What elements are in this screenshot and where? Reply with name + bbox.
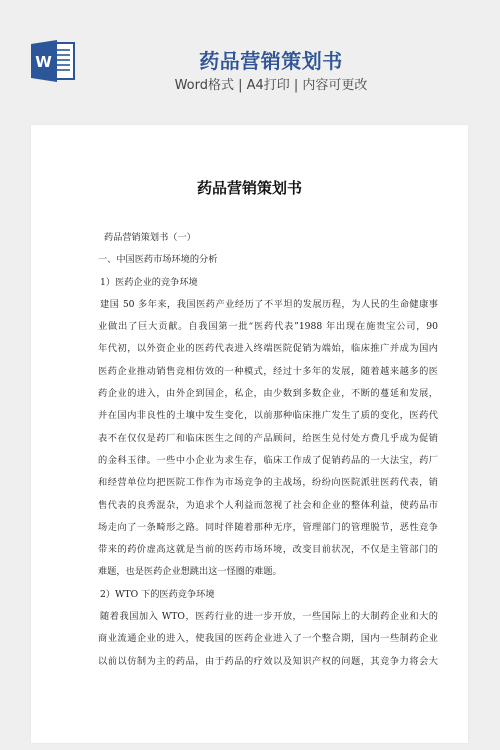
document-title: 药品营销策划书 [31, 177, 468, 198]
paragraph-line: 场走向了一条畸形之路。同时伴随着那种无序，管理部门的管理脱节，恶性竞争 [98, 517, 438, 539]
paragraph-line: 商业流通企业的进入，使我国的医药企业进入了一个整合期，国内一些制药企业 [98, 628, 438, 650]
paragraph-line: 药企业的进入，由外企到国企，私企，由少数到多数企业，不断的蔓延和发展， [98, 383, 438, 405]
section-heading: 一、中国医药市场环境的分析 [98, 249, 438, 271]
paragraph-line: 的金科玉律。一些中小企业为求生存，临床工作成了促销药品的一大法宝，药厂 [98, 450, 438, 472]
document-page: 药品营销策划书 药品营销策划书（一） 一、中国医药市场环境的分析 1）医药企业的… [31, 125, 468, 743]
paragraph-line: 以前以仿制为主的药品，由于药品的疗效以及知识产权的问题，其竞争力将会大 [98, 651, 438, 673]
document-body: 药品营销策划书（一） 一、中国医药市场环境的分析 1）医药企业的竞争环境 建国 … [98, 227, 438, 673]
subsection-heading: 2）WTO 下的医药竞争环境 [98, 584, 438, 606]
header-subtitle: Word格式 | A4打印 | 内容可更改 [0, 74, 500, 93]
subsection-heading: 1）医药企业的竞争环境 [98, 272, 438, 294]
paragraph-line: 并在国内非良性的土壤中发生变化，以前那种临床推广发生了质的变化，医药代 [98, 405, 438, 427]
paragraph-line: 随着我国加入 WTO，医药行业的进一步开放，一些国际上的大制药企业和大的 [98, 606, 438, 628]
paragraph-line: 和经营单位均把医院工作作为市场竞争的主战场，纷纷向医院派驻医药代表，销 [98, 472, 438, 494]
paragraph-line: 带来的药价虚高这就是当前的医药市场环境，改变目前状况，不仅是主管部门的 [98, 539, 438, 561]
paragraph-line: 建国 50 多年来，我国医药产业经历了不平坦的发展历程，为人民的生命健康事 [98, 294, 438, 316]
paragraph-line: 难题，也是医药企业想跳出这一怪圈的难题。 [98, 561, 438, 583]
doc-subtitle: 药品营销策划书（一） [98, 227, 438, 249]
paragraph-line: 医药企业推动销售竞相仿效的一种模式，经过十多年的发展，随着越来越多的医 [98, 361, 438, 383]
header-title: 药品营销策划书 [0, 45, 500, 74]
paragraph-line: 表不在仅仅是药厂和临床医生之间的产品顾问，给医生兑付处方费几乎成为促销 [98, 428, 438, 450]
paragraph-line: 售代表的良秀混杂，为追求个人利益而忽视了社会和企业的整体利益，使药品市 [98, 495, 438, 517]
paragraph-line: 年代初，以外资企业的医药代表进入终端医院促销为端始，临床推广并成为国内 [98, 338, 438, 360]
paragraph-line: 业做出了巨大贡献。自我国第一批“医药代表”1988 年出现在施贵宝公司，90 [98, 316, 438, 338]
header-banner: W 药品营销策划书 Word格式 | A4打印 | 内容可更改 [0, 0, 500, 120]
